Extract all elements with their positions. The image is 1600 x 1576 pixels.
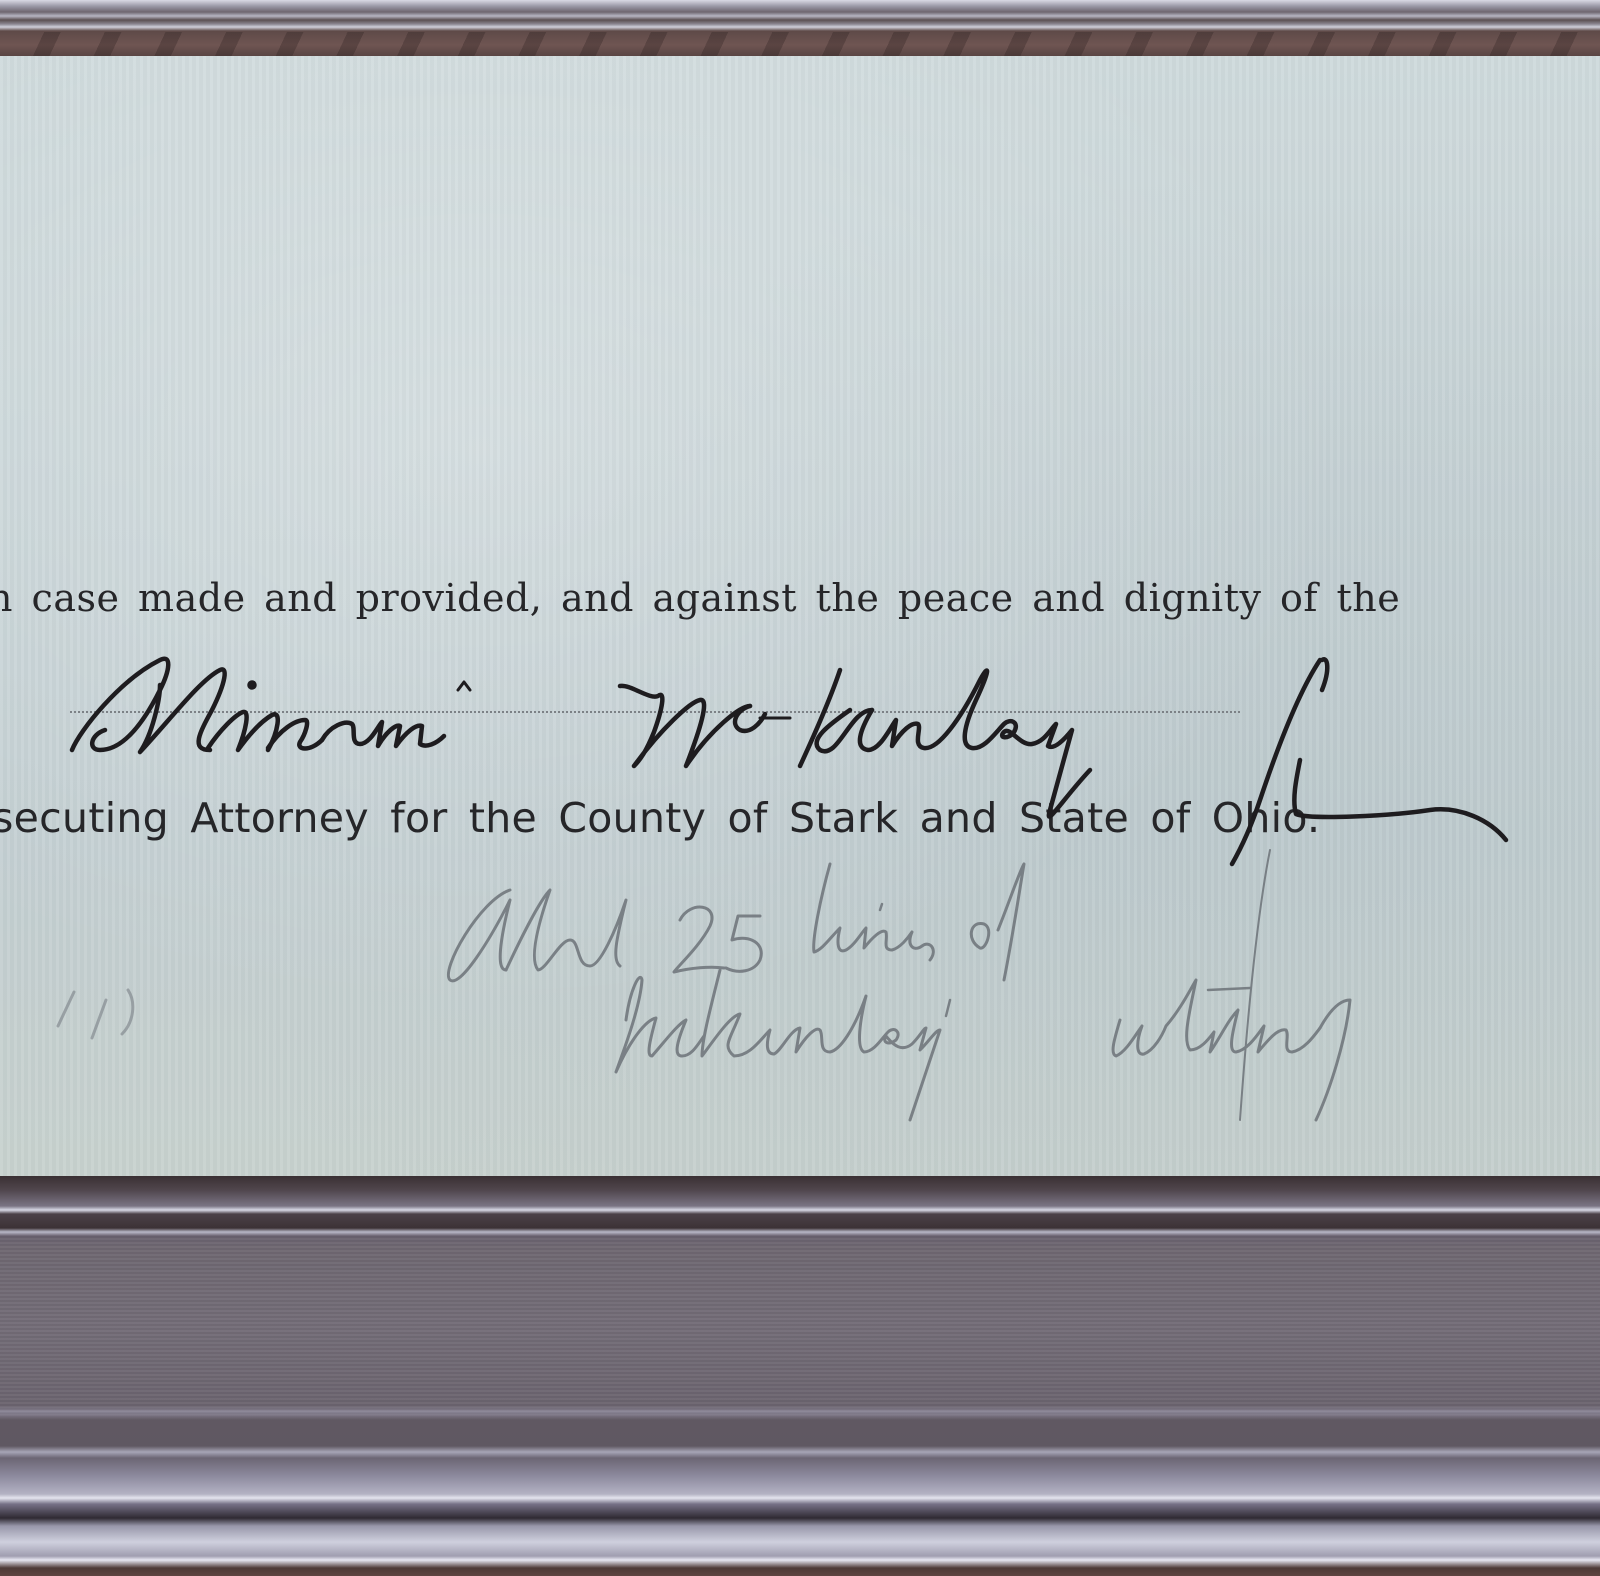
pencil-annotation: [420, 820, 1580, 1140]
printed-text-line-1: n case made and provided, and against th…: [0, 576, 1400, 620]
pencil-margin-mark: [40, 966, 160, 1046]
display-case-bottom-edge: [0, 1176, 1600, 1576]
display-case-top-edge: [0, 0, 1600, 62]
